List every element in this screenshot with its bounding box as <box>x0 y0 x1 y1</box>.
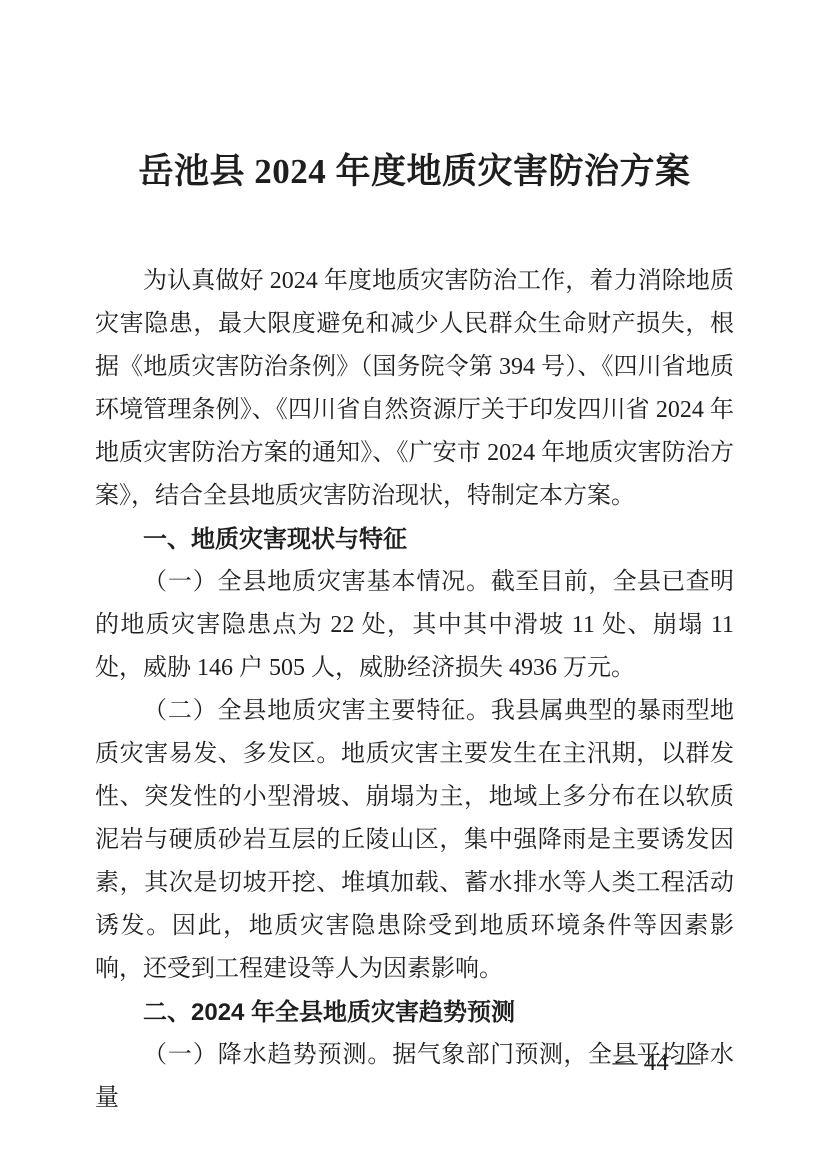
section-2-item-1-lead: （一）降水趋势预测。 <box>143 1042 392 1068</box>
intro-paragraph: 为认真做好 2024 年度地质灾害防治工作，着力消除地质灾害隐患，最大限度避免和… <box>95 260 734 518</box>
section-1-item-1: （一）全县地质灾害基本情况。截至目前，全县已查明的地质灾害隐患点为 22 处，其… <box>95 561 734 690</box>
document-body: 为认真做好 2024 年度地质灾害防治工作，着力消除地质灾害隐患，最大限度避免和… <box>95 260 734 1120</box>
document-page: 岳池县 2024 年度地质灾害防治方案 为认真做好 2024 年度地质灾害防治工… <box>0 0 826 1168</box>
section-1-item-2-lead: （二）全县地质灾害主要特征。 <box>143 698 491 724</box>
section-1-item-1-lead: （一）全县地质灾害基本情况。 <box>143 569 491 595</box>
page-number: — 44 — <box>613 1048 701 1078</box>
section-1-item-2: （二）全县地质灾害主要特征。我县属典型的暴雨型地质灾害易发、多发区。地质灾害主要… <box>95 690 734 991</box>
section-1-item-2-text: 我县属典型的暴雨型地质灾害易发、多发区。地质灾害主要发生在主汛期，以群发性、突发… <box>95 698 734 982</box>
document-title: 岳池县 2024 年度地质灾害防治方案 <box>95 148 734 196</box>
section-1-heading: 一、地质灾害现状与特征 <box>95 518 734 561</box>
section-2-heading: 二、2024 年全县地质灾害趋势预测 <box>95 991 734 1034</box>
